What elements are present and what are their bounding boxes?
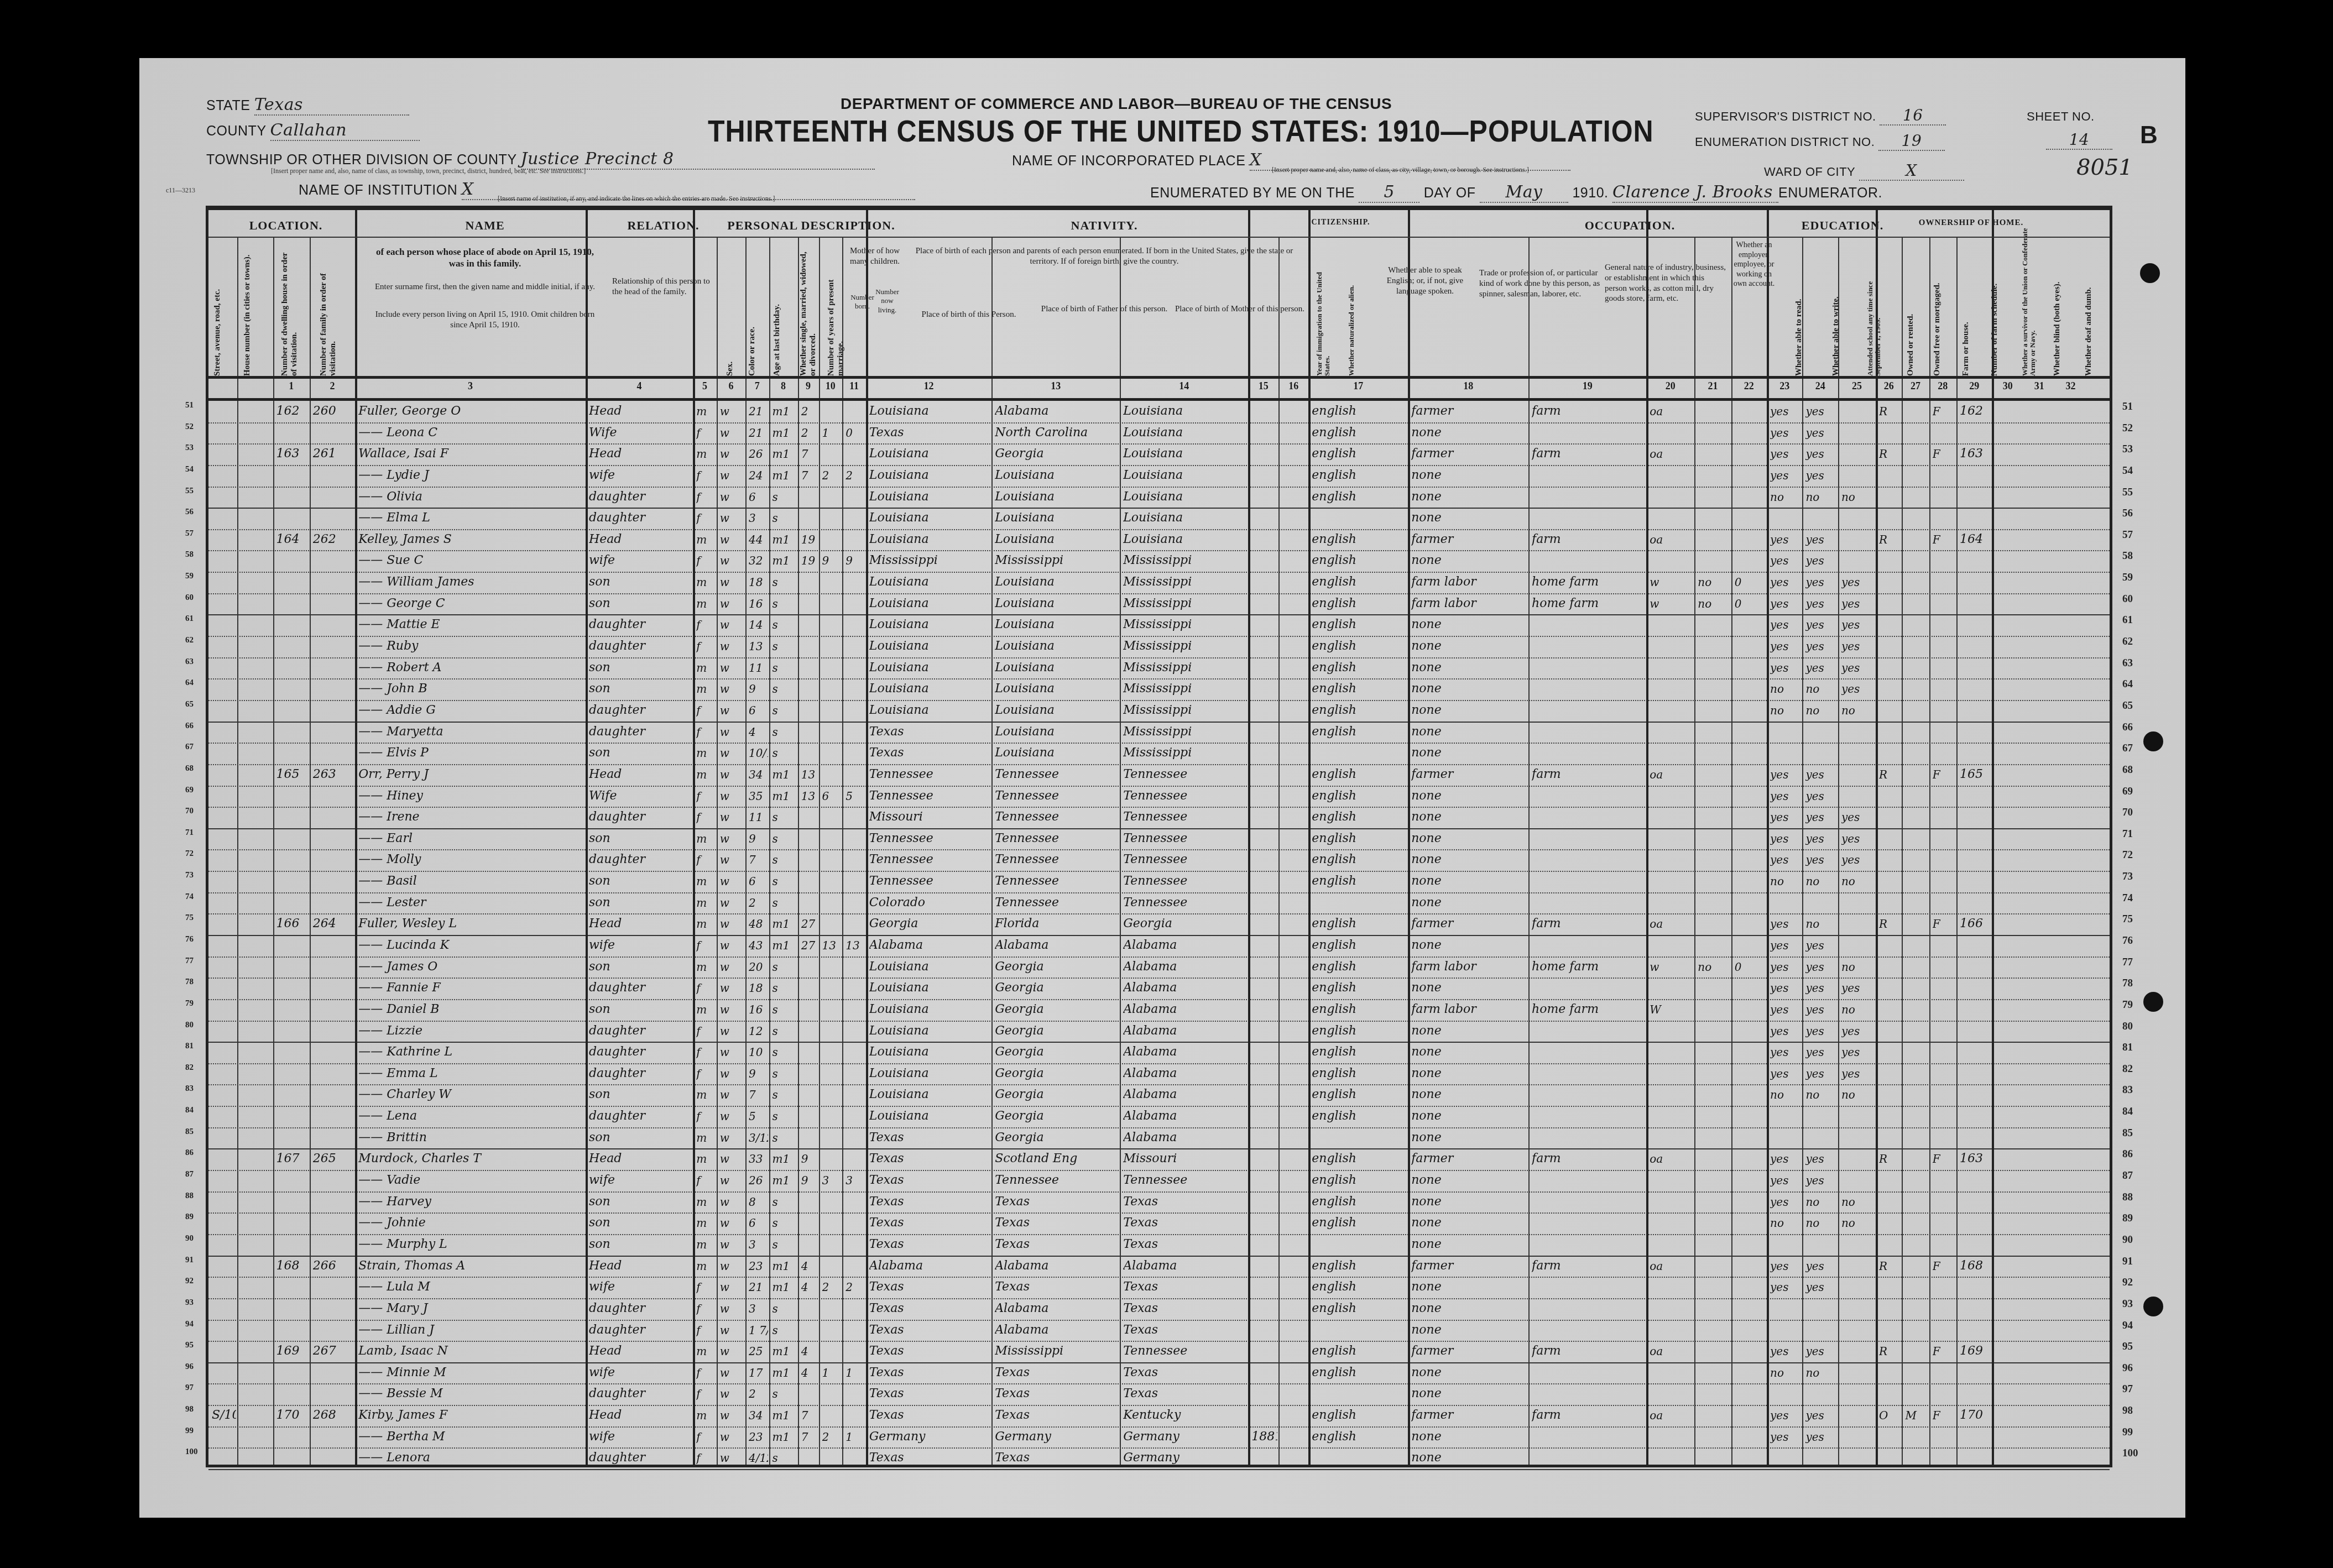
ward-value: X [1859,161,1964,181]
cell-write: yes [1805,465,1836,487]
cell-name: —— Lester [358,892,584,914]
cell-color: w [720,465,744,487]
cell-years: 2 [801,422,818,444]
line-number: 64 [2122,678,2133,691]
cell-relation: son [589,957,692,978]
cell-relation: son [589,1191,692,1213]
line-number: 81 [185,1042,194,1051]
line-number: 56 [185,508,194,517]
cell-relation: daughter [589,487,692,508]
column-divider [1802,237,1803,1465]
cell-color: w [720,529,744,551]
cell-write: no [1805,1191,1836,1213]
cell-eng: english [1312,1084,1407,1106]
cell-marital: m1 [773,443,797,465]
hdr-name-3: Include every person living on April 15,… [369,310,601,331]
cell-ind: farm [1532,1148,1645,1170]
cell-sched: 170 [1960,1405,1991,1426]
column-number: 20 [1646,380,1694,392]
line-number: 72 [2122,849,2133,861]
cell-bp: Texas [869,422,990,444]
line-number: 52 [185,422,194,432]
table-row: —— Lillian Jdaughterfw1 7/12sTexasAlabam… [208,1320,2110,1341]
line-number: 62 [185,636,194,645]
cell-oow: no [1698,593,1730,615]
cell-relation: Head [589,529,692,551]
cell-trade: farm labor [1411,957,1527,978]
cell-color: w [720,1148,744,1170]
line-number: 64 [185,678,194,688]
cell-trade: none [1411,1170,1527,1191]
cell-sex: f [696,935,716,957]
cell-bp: Louisiana [869,593,990,615]
cell-fh: F [1933,764,1955,786]
cell-marital: m1 [773,1277,797,1298]
cell-bpm: Texas [1123,1277,1247,1298]
cell-read: yes [1770,1042,1801,1063]
group-nativity: NATIVITY. [900,218,1309,233]
cell-ind: home farm [1532,957,1645,978]
cell-color: w [720,1106,744,1127]
cell-bp: Louisiana [869,1106,990,1127]
cell-bpm: Louisiana [1123,487,1247,508]
cell-bpm: Mississippi [1123,614,1247,636]
cell-age: 2 [749,892,768,914]
cell-eng: english [1312,1212,1407,1234]
cell-sex: f [696,722,716,743]
cell-marital: m1 [773,1426,797,1448]
cell-eng: english [1312,1148,1407,1170]
cell-relation: son [589,657,692,679]
cell-bpf: Georgia [995,1127,1119,1149]
cell-bpf: Texas [995,1383,1119,1405]
cell-emp: oa [1650,401,1693,422]
cell-read: yes [1770,593,1801,615]
cell-bpf: Tennessee [995,807,1119,828]
line-number: 83 [185,1084,194,1094]
cell-bp: Louisiana [869,700,990,722]
cell-bpm: Mississippi [1123,593,1247,615]
county-value: Callahan [270,121,420,141]
cell-write: yes [1805,636,1836,657]
cell-emp: W [1650,999,1693,1021]
cell-age: 11 [749,807,768,828]
cell-trade: none [1411,1426,1527,1448]
cell-ind: farm [1532,913,1645,935]
cell-read: yes [1770,1191,1801,1213]
cell-color: w [720,807,744,828]
cell-write: yes [1805,999,1836,1021]
table-row: —— Charley Wsonmw7sLouisianaGeorgiaAlaba… [208,1084,2110,1106]
cell-sch: no [1841,999,1875,1021]
cell-bpf: Louisiana [995,508,1119,529]
cell-eng: english [1312,1298,1407,1320]
cell-bp: Louisiana [869,1021,990,1042]
cell-name: —— Mattie E [358,614,584,636]
cell-bpm: Louisiana [1123,529,1247,551]
cell-marital: m1 [773,935,797,957]
line-number: 70 [2122,807,2133,819]
cell-relation: son [589,1234,692,1256]
enumerated-day: 5 [1359,182,1419,203]
line-number: 92 [2122,1277,2133,1289]
cell-relation: son [589,1127,692,1149]
cell-read: no [1770,1084,1801,1106]
cell-trade: none [1411,1042,1527,1063]
group-ownership: OWNERSHIP OF HOME. [1901,218,2042,228]
cell-born: 9 [822,550,842,572]
cell-years: 13 [801,786,818,807]
cell-write: yes [1805,828,1836,850]
cell-age: 21 [749,401,768,422]
line-number: 88 [2122,1191,2133,1204]
cell-relation: Head [589,1405,692,1426]
column-number: 31 [2023,380,2055,392]
line-number: 97 [185,1383,194,1393]
cell-own: R [1879,1148,1901,1170]
column-divider [991,237,993,1465]
cell-age: 4 [749,722,768,743]
cell-color: w [720,1127,744,1149]
cell-trade: none [1411,1447,1527,1469]
cell-bpm: Alabama [1123,1127,1247,1149]
cell-read: no [1770,678,1801,700]
cell-marital: m1 [773,1256,797,1277]
cell-read: yes [1770,1256,1801,1277]
cell-bpf: Alabama [995,935,1119,957]
line-number: 66 [185,722,194,731]
cell-read: yes [1770,657,1801,679]
column-number: 7 [745,380,769,392]
cell-age: 17 [749,1362,768,1384]
cell-bp: Colorado [869,892,990,914]
cell-trade: none [1411,1021,1527,1042]
column-number: 10 [819,380,843,392]
line-number: 61 [2122,614,2133,626]
cell-read: yes [1770,999,1801,1021]
cell-bpf: Texas [995,1447,1119,1469]
cell-age: 18 [749,572,768,593]
hdr-naturalized: Whether naturalized or alien. [1348,254,1355,376]
cell-marital: s [773,1063,797,1085]
cell-emp: oa [1650,1405,1693,1426]
table-row: —— Vadiewifefw26m1933TexasTennesseeTenne… [208,1170,2110,1191]
cell-sch: no [1841,1084,1875,1106]
cell-marital: s [773,1084,797,1106]
cell-write: yes [1805,1042,1836,1063]
cell-eng: english [1312,1170,1407,1191]
cell-read: no [1770,1362,1801,1384]
cell-marital: s [773,1042,797,1063]
table-row: —— John Bsonmw9sLouisianaLouisianaMissis… [208,678,2110,700]
cell-read: yes [1770,422,1801,444]
cell-marital: m1 [773,465,797,487]
column-number: 12 [866,380,991,392]
hdr-dwelling: Number of dwelling house in order of vis… [280,249,299,376]
hdr-english: Whether able to speak English; or, if no… [1375,265,1475,296]
cell-write: yes [1805,1277,1836,1298]
cell-write: yes [1805,443,1836,465]
cell-eng: english [1312,935,1407,957]
enumerated-label: Enumerated by me on the [1150,185,1355,201]
cell-eng: english [1312,1362,1407,1384]
cell-marital: s [773,657,797,679]
cell-read: yes [1770,1170,1801,1191]
cell-eng: english [1312,593,1407,615]
cell-bp: Texas [869,1405,990,1426]
cell-name: —— Earl [358,828,584,850]
hdr-employer: Whether an employer, employee, or workin… [1729,241,1779,289]
cell-living: 2 [845,465,865,487]
cell-years: 7 [801,465,818,487]
cell-color: w [720,1234,744,1256]
table-row: —— Sue Cwifefw32m11999MississippiMississ… [208,550,2110,572]
cell-bp: Texas [869,1127,990,1149]
cell-bp: Tennessee [869,849,990,871]
cell-eng: english [1312,465,1407,487]
cell-name: —— Lena [358,1106,584,1127]
sheet-label: Sheet No. [2027,109,2095,124]
cell-emp: oa [1650,1148,1693,1170]
cell-write: no [1805,1362,1836,1384]
cell-color: w [720,1341,744,1362]
table-row: —— Elvis Psonmw10/12sTexasLouisianaMissi… [208,743,2110,764]
cell-sex: f [696,1320,716,1341]
cell-bpm: Texas [1123,1212,1247,1234]
cell-read: yes [1770,1148,1801,1170]
enumerator-label: Enumerator. [1778,185,1882,201]
line-number: 77 [185,957,194,966]
incorporated-label: Name of incorporated place [1012,153,1245,169]
cell-trade: none [1411,1320,1527,1341]
line-number: 78 [2122,978,2133,990]
cell-name: —— Daniel B [358,999,584,1021]
line-number: 86 [185,1148,194,1158]
cell-bpf: Louisiana [995,700,1119,722]
cell-bpm: Mississippi [1123,700,1247,722]
cell-years: 2 [801,401,818,422]
cell-write: yes [1805,764,1836,786]
cell-relation: wife [589,1170,692,1191]
cell-relation: wife [589,1277,692,1298]
header-rule [208,237,2110,238]
table-row: —— James Osonmw20sLouisianaGeorgiaAlabam… [208,957,2110,978]
cell-bpf: Louisiana [995,722,1119,743]
cell-eng: english [1312,529,1407,551]
enumeration-field: Enumeration District No. 19 [1695,132,1945,151]
cell-sex: f [696,508,716,529]
cell-sch: yes [1841,828,1875,850]
cell-trade: none [1411,422,1527,444]
column-number: 18 [1408,380,1528,392]
cell-bpm: Tennessee [1123,892,1247,914]
cell-trade: farm labor [1411,999,1527,1021]
cell-name: —— William James [358,572,584,593]
column-number: 16 [1278,380,1308,392]
cell-eng: english [1312,636,1407,657]
cell-sch: yes [1841,978,1875,999]
cell-trade: farmer [1411,1405,1527,1426]
state-label: State [206,98,250,113]
hdr-trade: Trade or profession of, or particular ki… [1479,268,1601,299]
line-number: 55 [185,487,194,496]
cell-bp: Louisiana [869,999,990,1021]
cell-sex: f [696,422,716,444]
cell-name: —— Charley W [358,1084,584,1106]
cell-bpm: Texas [1123,1234,1247,1256]
column-number: 1 [273,380,310,392]
line-number: 94 [185,1320,194,1329]
cell-relation: son [589,572,692,593]
cell-living: 2 [845,1277,865,1298]
cell-sch: yes [1841,657,1875,679]
line-number: 62 [2122,636,2133,648]
cell-name: —— Olivia [358,487,584,508]
cell-sched: 166 [1960,913,1991,935]
cell-age: 8 [749,1191,768,1213]
cell-marital: m1 [773,1341,797,1362]
column-divider [842,237,843,1465]
cell-read: yes [1770,935,1801,957]
line-number: 65 [2122,700,2133,712]
cell-age: 3 [749,508,768,529]
cell-marital: s [773,614,797,636]
cell-read: yes [1770,957,1801,978]
cell-name: —— Mary J [358,1298,584,1320]
cell-sch: yes [1841,678,1875,700]
table-row: —— Lula Mwifefw21m1422TexasTexasTexaseng… [208,1277,2110,1298]
column-number: 6 [717,380,745,392]
table-row: —— Mattie Edaughterfw14sLouisianaLouisia… [208,614,2110,636]
cell-relation: daughter [589,1320,692,1341]
cell-bpf: Scotland Eng [995,1148,1119,1170]
hdr-house: House number (in cities or towns). [243,249,252,376]
cell-relation: Head [589,764,692,786]
cell-name: —— Fannie F [358,978,584,999]
cell-family: 260 [313,401,354,422]
cell-bpm: Tennessee [1123,786,1247,807]
table-row: —— Oliviadaughterfw6sLouisianaLouisianaL… [208,487,2110,508]
cell-bp: Louisiana [869,636,990,657]
cell-bpm: Mississippi [1123,550,1247,572]
cell-relation: son [589,678,692,700]
cell-dwelling: 169 [276,1341,309,1362]
cell-bpf: Tennessee [995,764,1119,786]
hdr-sex: Sex. [726,321,735,376]
cell-read: yes [1770,1277,1801,1298]
cell-emp: w [1650,572,1693,593]
cell-write: yes [1805,978,1836,999]
hdr-relation: Relationship of this person to the head … [612,276,714,297]
cell-sex: m [696,657,716,679]
cell-marital: m1 [773,550,797,572]
cell-dwelling: 165 [276,764,309,786]
line-number: 65 [185,700,194,709]
cell-sched: 163 [1960,1148,1991,1170]
cell-write: yes [1805,957,1836,978]
cell-eng: english [1312,657,1407,679]
cell-name: —— Lenora [358,1447,584,1469]
cell-eng: english [1312,722,1407,743]
cell-sex: m [696,957,716,978]
cell-color: w [720,1320,744,1341]
cell-relation: Head [589,1148,692,1170]
cell-eng: english [1312,1341,1407,1362]
cell-bp: Texas [869,1341,990,1362]
cell-age: 3 [749,1234,768,1256]
cell-bpm: Texas [1123,1362,1247,1384]
cell-years: 4 [801,1256,818,1277]
table-row: —— Basilsonmw6sTennesseeTennesseeTenness… [208,871,2110,892]
cell-relation: Head [589,443,692,465]
cell-own: R [1879,443,1901,465]
table-row: 166264Fuller, Wesley LHeadmw48m127Georgi… [208,913,2110,935]
cell-color: w [720,892,744,914]
line-number: 51 [185,401,194,410]
cell-sex: m [696,1148,716,1170]
institution-label: Name of institution [299,182,457,198]
cell-color: w [720,422,744,444]
day-of-label: day of [1424,185,1476,201]
cell-own: R [1879,529,1901,551]
cell-age: 23 [749,1256,768,1277]
cell-name: Kelley, James S [358,529,584,551]
cell-relation: son [589,871,692,892]
line-number: 99 [2122,1426,2133,1439]
cell-bpm: Kentucky [1123,1405,1247,1426]
cell-emp: w [1650,957,1693,978]
cell-born: 2 [822,1277,842,1298]
cell-trade: none [1411,508,1527,529]
cell-years: 9 [801,1170,818,1191]
group-education: EDUCATION. [1787,218,1898,233]
cell-wks: 0 [1735,957,1766,978]
line-number: 59 [2122,572,2133,584]
cell-name: —— Murphy L [358,1234,584,1256]
cell-age: 13 [749,636,768,657]
cell-name: —— Kathrine L [358,1042,584,1063]
table-row: —— Daniel Bsonmw16sLouisianaGeorgiaAlaba… [208,999,2110,1021]
cell-sex: f [696,1426,716,1448]
cell-marital: s [773,871,797,892]
cell-bpm: Texas [1123,1191,1247,1213]
cell-emp: oa [1650,913,1693,935]
cell-sched: 162 [1960,401,1991,422]
column-number: 24 [1802,380,1838,392]
cell-sex: m [696,1234,716,1256]
cell-marital: s [773,700,797,722]
line-number: 93 [185,1298,194,1308]
stamp-number: 8051 [2076,155,2133,180]
column-number: 11 [842,380,866,392]
column-number: 32 [2055,380,2086,392]
column-divider [1956,237,1958,1465]
cell-bpm: Louisiana [1123,443,1247,465]
cell-age: 1 7/12 [749,1320,768,1341]
cell-trade: none [1411,935,1527,957]
cell-relation: daughter [589,722,692,743]
table-row: —— Lestersonmw2sColoradoTennesseeTenness… [208,892,2110,914]
cell-color: w [720,1362,744,1384]
cell-bp: Louisiana [869,487,990,508]
cell-wks: 0 [1735,593,1766,615]
cell-sex: f [696,1277,716,1298]
cell-bp: Tennessee [869,871,990,892]
cell-name: Murdock, Charles T [358,1148,584,1170]
hdr-age: Age at last birthday. [773,249,782,376]
cell-bpf: Georgia [995,957,1119,978]
line-number: 100 [2122,1447,2138,1460]
